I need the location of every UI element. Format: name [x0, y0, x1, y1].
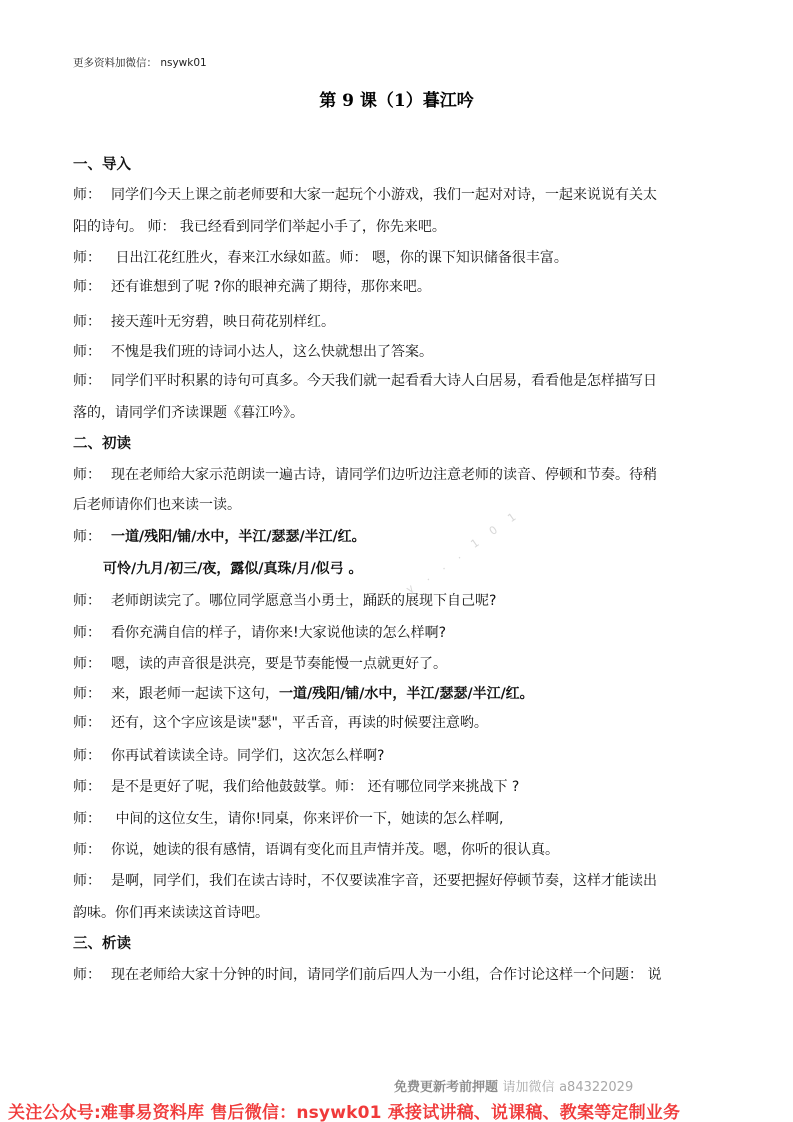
poem-line-1: 师：一道/残阳/铺/水中，半江/瑟瑟/半江/红。	[73, 527, 728, 547]
paragraph-line: 师：现在老师给大家十分钟的时间，请同学们前后四人为一小组，合作讨论这样一个问题：…	[73, 965, 728, 985]
speaker-label: 师：	[73, 344, 101, 360]
paragraph-line: 师：来，跟老师一起读下这句，一道/残阳/铺/水中，半江/瑟瑟/半江/红。	[73, 684, 728, 704]
speaker-label: 师：	[73, 373, 101, 389]
paragraph-line: 师：老师朗读完了。哪位同学愿意当小勇士，踊跃的展现下自己呢?	[73, 591, 728, 611]
paragraph-line: 师：不愧是我们班的诗词小达人，这么快就想出了答案。	[73, 342, 728, 362]
section-heading-intro: 一、导入	[73, 155, 728, 175]
paragraph-line: 师：你说，她读的很有感情，语调有变化而且声情并茂。嗯，你听的很认真。	[73, 840, 728, 860]
speaker-label: 师：	[73, 467, 101, 483]
speaker-label: 师：	[73, 187, 101, 203]
speaker-label: 师：	[73, 842, 101, 858]
page-title: 第 9 课（1）暮江吟	[0, 86, 793, 111]
paragraph-line: 师：还有，这个字应该是读"瑟"，平舌音，再读的时候要注意哟。	[73, 713, 728, 733]
speaker-label: 师：	[73, 811, 101, 827]
speaker-label: 师：	[73, 529, 101, 545]
paragraph-line: 师：你再试着读读全诗。同学们，这次怎么样啊?	[73, 746, 728, 766]
paragraph-line: 师：还有谁想到了呢 ?你的眼神充满了期待，那你来吧。	[73, 277, 728, 297]
speaker-label: 师：	[73, 593, 101, 609]
speaker-label: 师：	[73, 279, 101, 295]
paragraph-line: 韵味。你们再来读读这首诗吧。	[73, 903, 728, 923]
paragraph-line: 师：同学们平时积累的诗句可真多。今天我们就一起看看大诗人白居易，看看他是怎样描写…	[73, 371, 728, 391]
footer-banner: 关注公众号:难事易资料库 售后微信：nsywk01 承接试讲稿、说课稿、教案等定…	[8, 1098, 680, 1122]
watermark: y . . . 1 0 1	[404, 507, 524, 596]
promo-banner: 免费更新考前押题 请加微信 a84322029	[394, 1076, 633, 1095]
speaker-label: 师：	[73, 967, 101, 983]
speaker-label: 师：	[73, 873, 101, 889]
paragraph-line: 师：看你充满自信的样子，请你来!大家说他读的怎么样啊?	[73, 623, 728, 643]
paragraph-line: 师：是不是更好了呢，我们给他鼓鼓掌。师： 还有哪位同学来挑战下 ?	[73, 777, 728, 797]
speaker-label: 师：	[73, 250, 101, 266]
speaker-label: 师：	[73, 656, 101, 672]
paragraph-line: 师：接天莲叶无穷碧，映日荷花别样红。	[73, 312, 728, 332]
section-heading-analysis: 三、析读	[73, 934, 728, 954]
paragraph-line: 后老师请你们也来读一读。	[73, 495, 728, 515]
speaker-label: 师：	[73, 715, 101, 731]
section-heading-first-reading: 二、初读	[73, 434, 728, 454]
speaker-label: 师：	[73, 779, 101, 795]
paragraph-line: 师：同学们今天上课之前老师要和大家一起玩个小游戏，我们一起对对诗，一起来说说有关…	[73, 185, 728, 205]
paragraph-line: 师： 中间的这位女生，请你!同桌，你来评价一下，她读的怎么样啊,	[73, 809, 728, 829]
speaker-label: 师：	[73, 686, 101, 702]
speaker-label: 师：	[73, 625, 101, 641]
speaker-label: 师：	[73, 748, 101, 764]
header-note: 更多资料加微信： nsywk01	[73, 55, 207, 70]
paragraph-line: 阳的诗句。 师： 我已经看到同学们举起小手了，你先来吧。	[73, 217, 728, 237]
paragraph-line: 师：现在老师给大家示范朗读一遍古诗，请同学们边听边注意老师的读音、停顿和节奏。待…	[73, 465, 728, 485]
paragraph-line: 师：是啊，同学们，我们在读古诗时，不仅要读准字音，还要把握好停顿节奏，这样才能读…	[73, 871, 728, 891]
paragraph-line: 落的，请同学们齐读课题《暮江吟》。	[73, 403, 728, 423]
speaker-label: 师：	[73, 314, 101, 330]
paragraph-line: 师： 日出江花红胜火，春来江水绿如蓝。师： 嗯，你的课下知识储备很丰富。	[73, 248, 728, 268]
paragraph-line: 师：嗯，读的声音很是洪亮，要是节奏能慢一点就更好了。	[73, 654, 728, 674]
